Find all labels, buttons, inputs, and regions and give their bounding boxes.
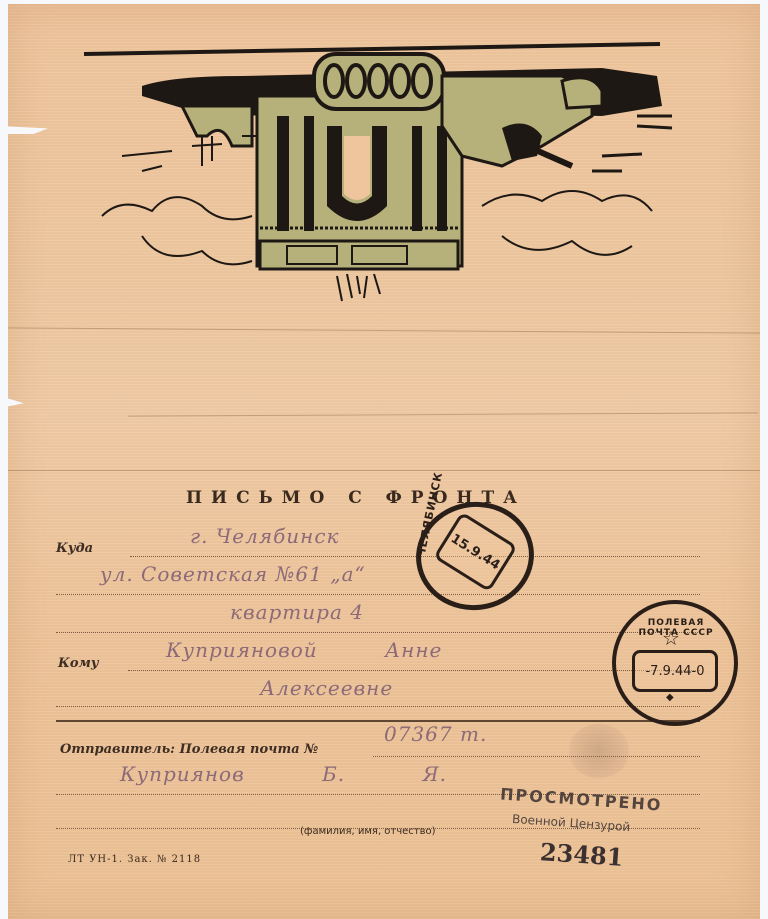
field-postmark-number: ◆ [666,692,674,703]
recipient-label: Кому [58,656,99,671]
censor-line2: Военной Цензурой [512,812,631,834]
sender-field-post-number: 07367 т. [384,722,487,746]
fold-crease [8,470,760,471]
printer-mark: ЛТ УН-1. Зак. № 2118 [68,854,201,865]
censor-line1: ПРОСМОТРЕНО [500,784,663,814]
paper-tear [0,126,48,134]
address-apartment: квартира 4 [230,600,364,624]
star-icon: ☆ [662,626,680,650]
postmark-date: 15.9.44 [448,531,503,573]
field-postmark-date-box: -7.9.44-0 [632,650,718,692]
letter-title: ПИСЬМО С ФРОНТА [186,488,586,508]
recipient-patronymic: Алексеевне [260,676,393,700]
address-line [56,632,700,633]
paper-tear [0,396,24,408]
postmark-date-box: 15.9.44 [433,512,518,593]
letter-sheet: ПИСЬМО С ФРОНТА Куда г. Челябинск ул. Со… [8,4,760,919]
fold-crease [128,412,758,416]
address-city: г. Челябинск [190,524,340,548]
city-postmark: ЧЕЛЯБИНСК 15.9.44 [409,494,541,617]
fold-crease [8,327,760,333]
sender-post-line [373,756,700,757]
recipient-surname-name: Куприяновой Анне [166,638,442,662]
sender-label: Отправитель: Полевая почта № [60,742,318,757]
field-postmark-date: -7.9.44-0 [645,664,704,679]
section-divider [56,720,700,722]
address-street: ул. Советская №61 „а“ [100,562,366,586]
faded-stamp [568,724,630,778]
to-label: Куда [56,541,93,556]
recipient-line [56,706,700,707]
sender-name: Куприянов Б. Я. [120,762,447,786]
censor-number: 23481 [539,837,624,872]
field-postmark: ПОЛЕВАЯ ПОЧТА СССР ☆ -7.9.44-0 ◆ [612,600,738,726]
address-line [56,594,700,595]
sender-caption: (фамилия, имя, отчество) [300,826,436,837]
tank-crushing-building-icon [82,36,682,306]
